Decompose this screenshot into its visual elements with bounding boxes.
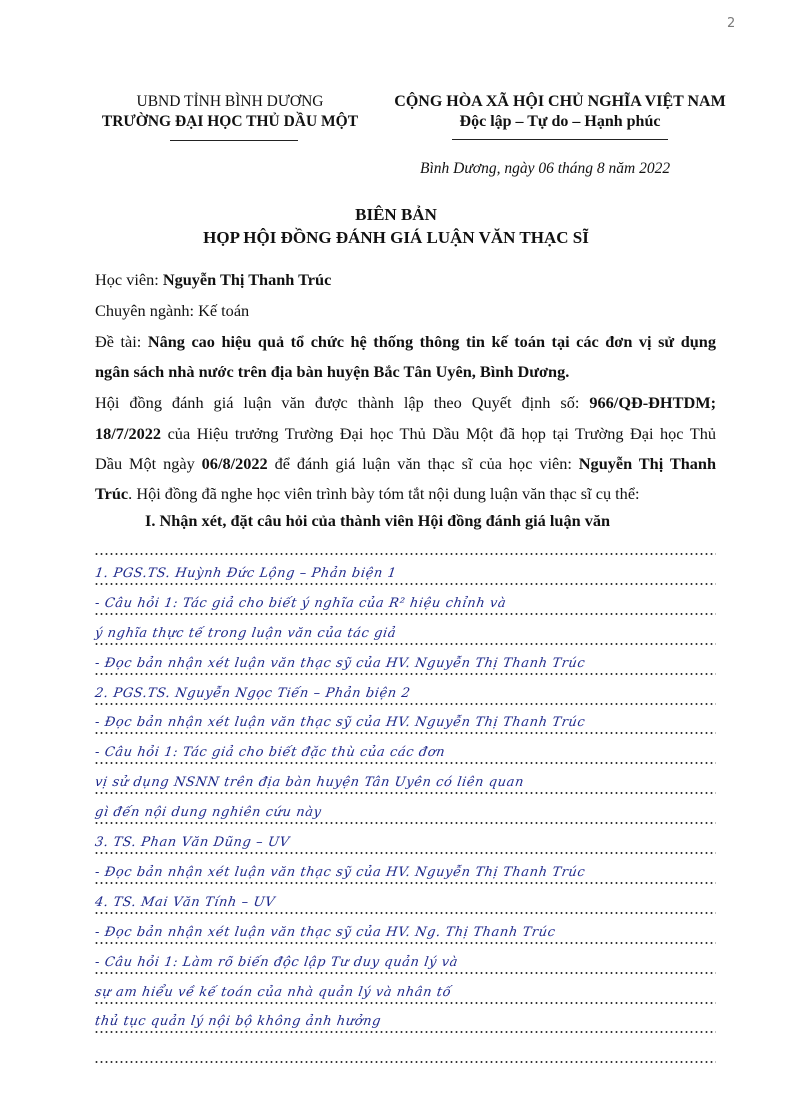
student-label: Học viên: [95,270,163,289]
handwritten-line: - Đọc bản nhận xét luận văn thạc sỹ của … [94,656,756,671]
handwritten-line: gì đến nội dung nghiên cứu này [94,805,756,820]
topic-line-2: ngân sách nhà nước trên địa bàn huyện Bắ… [95,362,716,382]
dotted-line [94,1002,716,1004]
dotted-line [94,942,716,944]
handwritten-line: thủ tục quản lý nội bộ không ảnh hưởng [94,1014,756,1029]
dotted-line [94,762,716,764]
handwritten-line: 1. PGS.TS. Huỳnh Đức Lộng – Phản biện 1 [94,566,756,581]
council-text: Hội đồng đánh giá luận văn được thành lậ… [95,393,589,412]
handwritten-line: - Câu hỏi 1: Tác giả cho biết ý nghĩa củ… [94,596,756,611]
authority-line-2: TRƯỜNG ĐẠI HỌC THỦ DẦU MỘT [95,112,365,132]
dotted-line [94,643,716,645]
student-name-repeat: Nguyễn Thị Thanh [579,454,716,473]
decision-number: 966/QĐ-ĐHTDM; [589,393,716,412]
council-text: Dầu Một ngày [95,454,202,473]
council-line-4: Trúc. Hội đồng đã nghe học viên trình bà… [95,484,716,504]
dotted-line [94,732,716,734]
major-label: Chuyên ngành: [95,301,198,320]
handwritten-line: 3. TS. Phan Văn Dũng – UV [94,835,756,850]
left-header-rule [170,140,298,141]
dotted-line [94,852,716,854]
dotted-line [94,553,716,555]
major-line: Chuyên ngành: Kế toán [95,301,716,321]
major-value: Kế toán [198,301,249,320]
motto-line-2: Độc lập – Tự do – Hạnh phúc [375,112,745,132]
dotted-line [94,792,716,794]
council-line-2: 18/7/2022 của Hiệu trưởng Trường Đại học… [95,424,716,444]
topic-text-2: ngân sách nhà nước trên địa bàn huyện Bắ… [95,362,569,381]
dotted-line [94,703,716,705]
authority-line-1: UBND TỈNH BÌNH DƯƠNG [95,92,365,112]
handwritten-line: 4. TS. Mai Văn Tính – UV [94,895,756,910]
topic-label: Đề tài: [95,332,148,351]
handwritten-line: - Đọc bản nhận xét luận văn thạc sỹ của … [94,925,756,940]
council-text: của Hiệu trưởng Trường Đại học Thủ Dầu M… [161,424,716,443]
document-subtitle: HỌP HỘI ĐỒNG ĐÁNH GIÁ LUẬN VĂN THẠC SĨ [0,228,792,248]
dotted-line [94,1061,716,1063]
document-date: Bình Dương, ngày 06 tháng 8 năm 2022 [420,160,720,178]
dotted-line [94,912,716,914]
handwritten-line: ý nghĩa thực tế trong luận văn của tác g… [94,626,756,641]
handwritten-line: 2. PGS.TS. Nguyễn Ngọc Tiến – Phản biện … [94,686,756,701]
council-line-1: Hội đồng đánh giá luận văn được thành lậ… [95,393,716,413]
dotted-line [94,822,716,824]
topic-text-1: Nâng cao hiệu quả tổ chức hệ thống thông… [148,332,716,351]
handwritten-line: - Câu hỏi 1: Tác giả cho biết đặc thù củ… [94,745,756,760]
student-name-repeat-end: Trúc [95,484,128,503]
topic-line-1: Đề tài: Nâng cao hiệu quả tổ chức hệ thố… [95,332,716,352]
dotted-line [94,673,716,675]
dotted-line [94,972,716,974]
handwritten-line: - Câu hỏi 1: Làm rõ biến độc lập Tư duy … [94,955,756,970]
section-heading: I. Nhận xét, đặt câu hỏi của thành viên … [145,511,610,531]
council-text: để đánh giá luận văn thạc sĩ của học viê… [268,454,579,473]
motto-line-1: CỘNG HÒA XÃ HỘI CHỦ NGHĨA VIỆT NAM [375,92,745,112]
handwritten-line: vị sử dụng NSNN trên địa bàn huyện Tân U… [94,775,756,790]
dotted-line [94,1031,716,1033]
student-name: Nguyễn Thị Thanh Trúc [163,270,331,289]
council-text: . Hội đồng đã nghe học viên trình bày tó… [128,484,639,503]
student-line: Học viên: Nguyễn Thị Thanh Trúc [95,270,716,290]
national-motto: CỘNG HÒA XÃ HỘI CHỦ NGHĨA VIỆT NAM Độc l… [375,92,745,132]
council-line-3: Dầu Một ngày 06/8/2022 để đánh giá luận … [95,454,716,474]
dotted-line [94,583,716,585]
page-number-mark: 2 [727,16,735,31]
handwritten-line: sự am hiểu về kế toán của nhà quản lý và… [94,985,756,1000]
dotted-line [94,882,716,884]
right-header-rule [452,139,668,140]
handwritten-line: - Đọc bản nhận xét luận văn thạc sỹ của … [94,865,756,880]
document-title: BIÊN BẢN [0,205,792,225]
dotted-line [94,613,716,615]
decision-date: 18/7/2022 [95,424,161,443]
handwritten-line: - Đọc bản nhận xét luận văn thạc sỹ của … [94,715,756,730]
meeting-date: 06/8/2022 [202,454,268,473]
issuing-authority: UBND TỈNH BÌNH DƯƠNG TRƯỜNG ĐẠI HỌC THỦ … [95,92,365,132]
